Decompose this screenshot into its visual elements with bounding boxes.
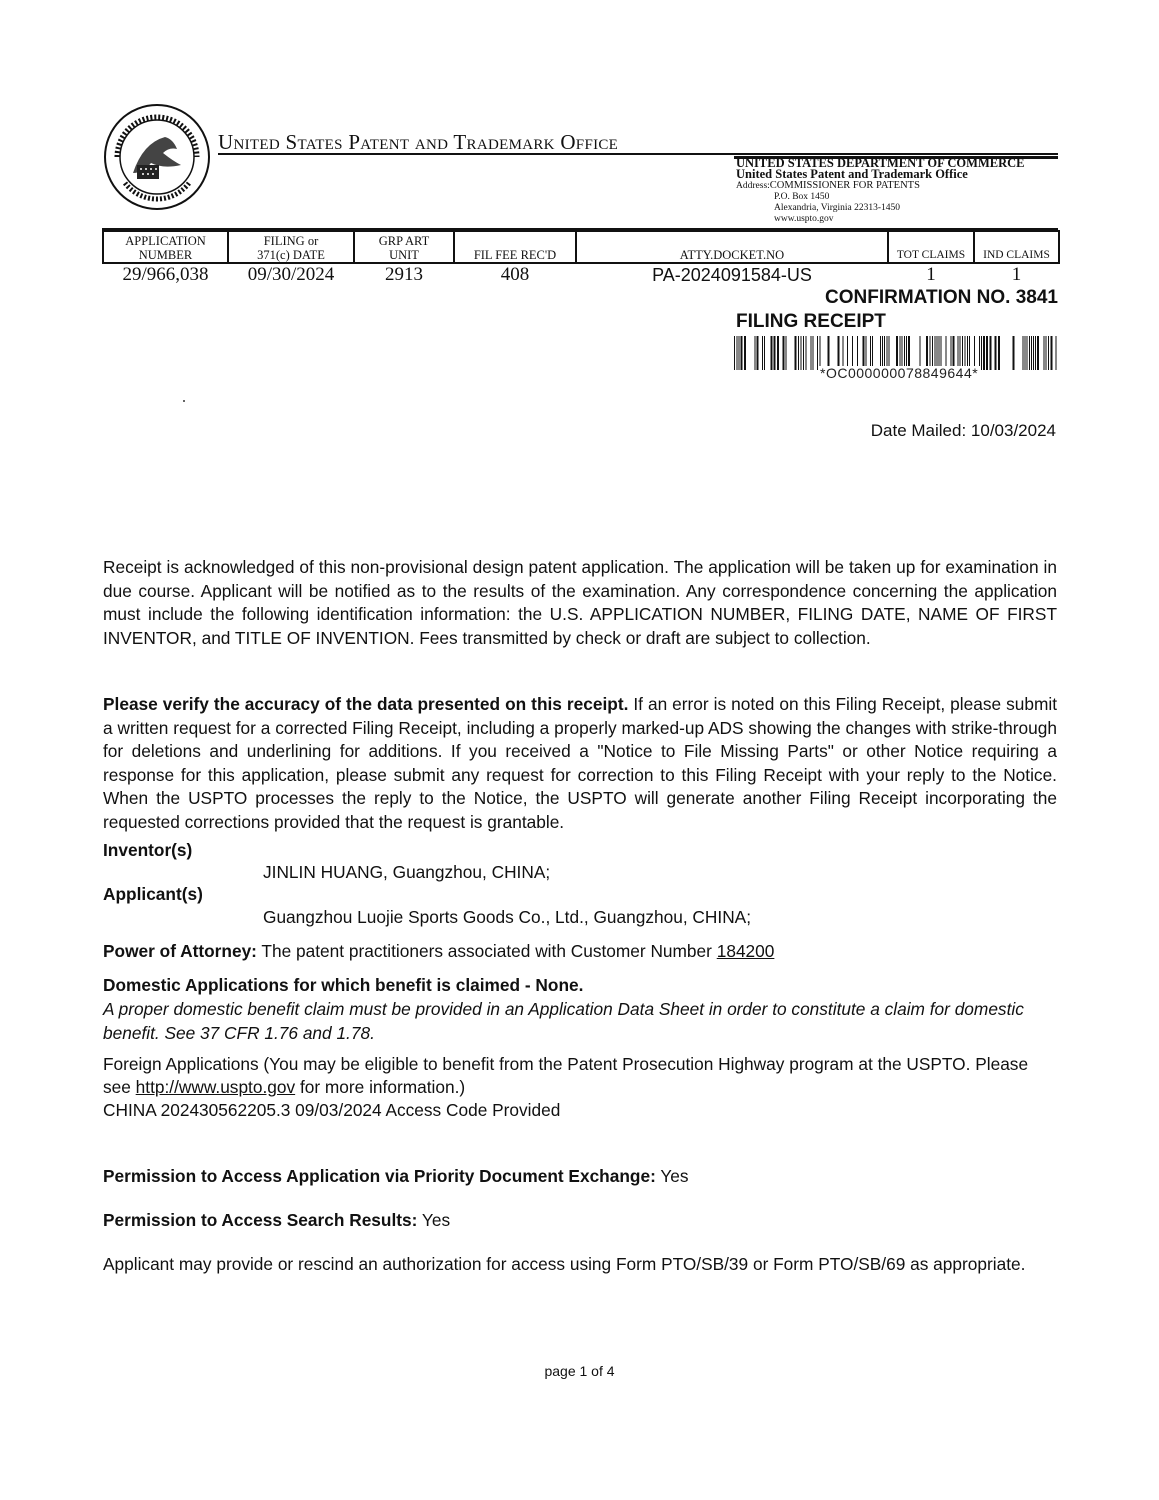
inventor-value: JINLIN HUANG, Guangzhou, CHINA; [263,862,550,883]
header-application-number: APPLICATIONNUMBER [103,231,228,263]
search-results-permission: Permission to Access Search Results: Yes [103,1210,450,1231]
header-grp-art-unit: GRP ARTUNIT [354,231,454,263]
address-line3: Alexandria, Virginia 22313-1450 [736,203,1024,214]
pdx-label: Permission to Access Application via Pri… [103,1166,656,1186]
power-of-attorney: Power of Attorney: The patent practition… [103,941,774,962]
foreign-applications: Foreign Applications (You may be eligibl… [103,1053,1057,1122]
verify-heading: Please verify the accuracy of the data p… [103,694,628,714]
domestic-applications-title: Domestic Applications for which benefit … [103,975,583,996]
date-mailed: Date Mailed: 10/03/2024 [871,421,1056,441]
website: www.uspto.gov [736,214,1024,225]
foreign-entry: CHINA 202430562205.3 09/03/2024 Access C… [103,1099,1057,1122]
address-label: Address: [736,181,770,191]
rescind-note: Applicant may provide or rescind an auth… [103,1253,1057,1277]
inventors-label: Inventor(s) [103,840,192,861]
domestic-benefit-note: A proper domestic benefit claim must be … [103,998,1057,1045]
department-address-block: UNITED STATES DEPARTMENT OF COMMERCE Uni… [736,158,1024,225]
receipt-paragraph: Receipt is acknowledged of this non-prov… [103,556,1057,650]
verify-paragraph: Please verify the accuracy of the data p… [103,693,1057,834]
filing-receipt-title: FILING RECEIPT [736,311,886,333]
barcode-text: *OC000000078849644* [818,366,980,380]
pdx-value: Yes [656,1166,689,1186]
uspto-link[interactable]: http://www.uspto.gov [136,1077,295,1097]
filing-date: 09/30/2024 [228,263,354,286]
tot-claims: 1 [888,263,974,286]
atty-docket-no: PA-2024091584-US [576,263,888,286]
pdx-permission: Permission to Access Application via Pri… [103,1166,689,1187]
agency-name: United States Patent and Trademark Offic… [736,169,1024,180]
fil-fee-recd: 408 [454,263,576,286]
table-row: 29/966,038 09/30/2024 2913 408 PA-202409… [103,263,1059,286]
page-number: page 1 of 4 [0,1363,1159,1379]
application-info-table: APPLICATIONNUMBER FILING or371(c) DATE G… [102,230,1060,286]
applicants-label: Applicant(s) [103,884,203,905]
office-title: United States Patent and Trademark Offic… [218,130,618,155]
verify-text: If an error is noted on this Filing Rece… [103,694,1057,832]
address-line: Address:COMMISSIONER FOR PATENTS [736,180,1024,192]
poa-text: The patent practitioners associated with… [257,941,717,961]
grp-art-unit: 2913 [354,263,454,286]
table-header-row: APPLICATIONNUMBER FILING or371(c) DATE G… [103,231,1059,263]
address-line1: COMMISSIONER FOR PATENTS [770,180,920,191]
customer-number-link[interactable]: 184200 [717,941,775,961]
poa-label: Power of Attorney: [103,941,257,961]
header-fil-fee: FIL FEE REC'D [454,231,576,263]
ind-claims: 1 [974,263,1059,286]
search-value: Yes [417,1210,450,1230]
search-label: Permission to Access Search Results: [103,1210,417,1230]
uspto-seal-icon [103,103,211,211]
application-number: 29/966,038 [103,263,228,286]
header-filing-date: FILING or371(c) DATE [228,231,354,263]
header-atty-docket: ATTY.DOCKET.NO [576,231,888,263]
header-rule [218,153,1058,155]
header-tot-claims: TOT CLAIMS [888,231,974,263]
header-ind-claims: IND CLAIMS [974,231,1059,263]
confirmation-number: CONFIRMATION NO. 3841 [825,287,1058,309]
scan-artifact [183,400,185,402]
address-line2: P.O. Box 1450 [736,192,1024,203]
applicant-value: Guangzhou Luojie Sports Goods Co., Ltd.,… [263,907,751,928]
foreign-intro: Foreign Applications (You may be eligibl… [103,1053,1057,1099]
